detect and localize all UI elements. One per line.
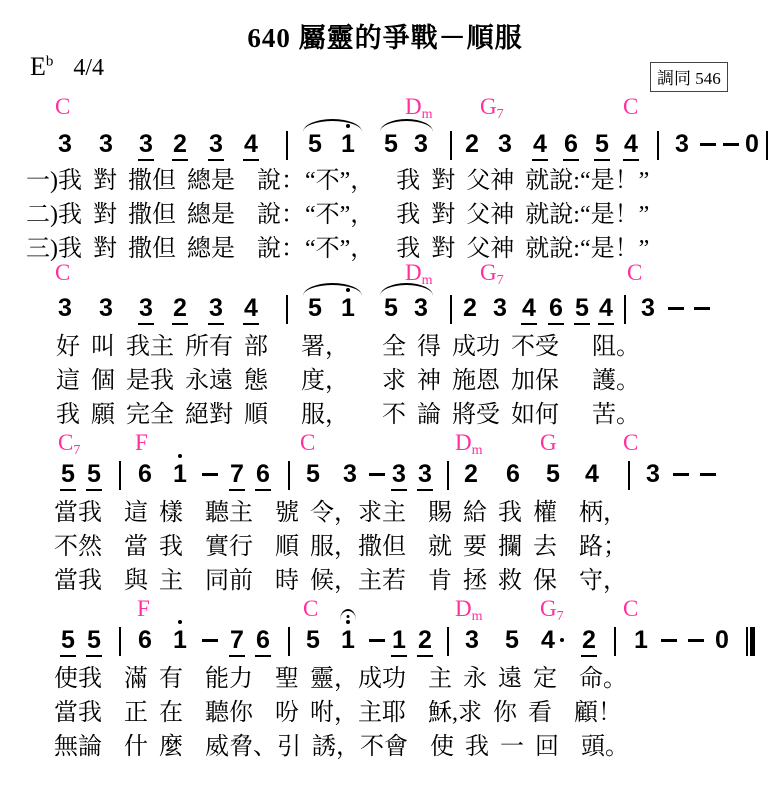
- note-number: 2: [172, 130, 188, 161]
- note-number: 3: [57, 294, 73, 322]
- chord-label: C: [55, 94, 70, 120]
- barline: [614, 627, 616, 656]
- chord-label: C: [623, 596, 638, 622]
- chord-label: Dm: [455, 596, 483, 625]
- chord-label: G7: [540, 596, 564, 625]
- note-number: 3: [342, 460, 358, 488]
- duration-dash: [688, 639, 704, 642]
- note-number: 5: [86, 626, 102, 657]
- note-number: 2: [172, 294, 188, 325]
- flat-symbol: b: [46, 53, 54, 69]
- duration-dash: [369, 639, 385, 642]
- note-number: 5: [305, 626, 321, 654]
- note-number: 4: [584, 460, 600, 488]
- lyric-line-verse3: 無論 什 麼 威脅、引 誘，不會 使 我 一 回 頭。: [54, 730, 629, 764]
- note-number: 5: [307, 294, 323, 322]
- note-number: 4: [598, 294, 614, 325]
- note-number: 1: [340, 626, 356, 654]
- lyrics-block: 使我 滿 有 能力 聖 靈，成功 主 永 遠 定 命。 當我 正 在 聽你 吩 …: [54, 662, 629, 764]
- chord-label: C: [303, 596, 318, 622]
- note-number: 3: [208, 130, 224, 161]
- note-number: 3: [645, 460, 661, 488]
- note-number: 2: [462, 294, 478, 322]
- lyrics-block: 當我 這 樣 聽主 號 令，求主 賜 給 我 權 柄， 不然 當 我 實行 順 …: [54, 496, 627, 598]
- note-number: 6: [255, 460, 271, 491]
- barline: [447, 627, 449, 656]
- lyric-line-verse1: 使我 滿 有 能力 聖 靈，成功 主 永 遠 定 命。: [54, 662, 629, 696]
- note-number: 6: [137, 626, 153, 654]
- chord-label: G: [540, 430, 557, 456]
- key-signature: Eb4/4: [30, 52, 104, 82]
- chord-label: Dm: [455, 430, 483, 459]
- note-number: 3: [208, 294, 224, 325]
- final-barline: [746, 627, 748, 656]
- fermata-dot: [347, 615, 350, 618]
- note-number: 0: [744, 130, 760, 158]
- tune-reference-box: 調同 546: [650, 62, 728, 92]
- lyric-line-verse2: 這 個 是我 永遠 態 度， 求 神 施恩 加保 護。: [56, 364, 640, 398]
- note-number: 6: [137, 460, 153, 488]
- lyric-line-verse1: 好 叫 我主 所有 部 署， 全 得 成功 不受 阻。: [56, 330, 640, 364]
- barline: [447, 461, 449, 490]
- note-number: 5: [383, 294, 399, 322]
- note-number: 5: [504, 626, 520, 654]
- barline: [119, 461, 121, 490]
- note-number: 3: [417, 460, 433, 491]
- note-number: 1: [633, 626, 649, 654]
- barline: [628, 461, 630, 490]
- note-number: 7: [229, 626, 245, 657]
- chord-row: FCDmG7C: [0, 596, 770, 626]
- barline: [288, 627, 290, 656]
- note-number: 5: [86, 460, 102, 491]
- note-number: 3: [497, 130, 513, 158]
- note-number: 6: [505, 460, 521, 488]
- octave-dot: [178, 454, 182, 458]
- note-number: 2: [581, 626, 597, 657]
- octave-dot: [346, 124, 350, 128]
- note-number: 5: [305, 460, 321, 488]
- note-number: 3: [492, 294, 508, 322]
- note-number: 1: [340, 294, 356, 322]
- chord-row: CDmG7C: [0, 260, 770, 290]
- note-number: 3: [674, 130, 690, 158]
- lyric-line-verse3: 我 願 完全 絕對 順 服， 不 論 將受 如何 苦。: [56, 398, 640, 432]
- augmentation-dot: [560, 638, 564, 642]
- chord-row: C7FCDmGC: [0, 430, 770, 460]
- note-number: 3: [391, 460, 407, 491]
- duration-dash: [694, 307, 710, 310]
- note-number: 1: [172, 460, 188, 488]
- note-number: 3: [640, 294, 656, 322]
- note-number: 3: [138, 130, 154, 161]
- chord-label: C: [627, 260, 642, 286]
- note-number: 6: [563, 130, 579, 161]
- lyrics-block: 一)我 對 撒但 總是 說：“不”， 我 對 父神 就說:“是！” 二)我 對 …: [26, 164, 649, 266]
- chord-label: C: [300, 430, 315, 456]
- sheet-music-page: 640 屬靈的爭戰－順服 Eb4/4 調同 546 CDmG7C 3332345…: [0, 0, 770, 789]
- barline: [624, 295, 626, 324]
- note-row: 5561765112354210: [0, 626, 770, 666]
- chord-label: G7: [480, 260, 504, 289]
- note-number: 3: [98, 130, 114, 158]
- note-number: 4: [521, 294, 537, 325]
- note-number: 1: [391, 626, 407, 657]
- note-number: 4: [243, 130, 259, 161]
- note-row: 33323451532346543: [0, 294, 770, 334]
- barline: [286, 295, 288, 324]
- barline: [450, 131, 452, 160]
- note-number: 6: [255, 626, 271, 657]
- lyric-line-verse2: 二)我 對 撒但 總是 說：“不”， 我 對 父神 就說:“是！”: [26, 198, 649, 232]
- note-number: 4: [532, 130, 548, 161]
- chord-label: C: [55, 260, 70, 286]
- duration-dash: [723, 143, 739, 146]
- note-number: 5: [383, 130, 399, 158]
- note-number: 3: [464, 626, 480, 654]
- barline: [286, 131, 288, 160]
- hymn-title: 640 屬靈的爭戰－順服: [0, 16, 770, 55]
- lyric-line-verse1: 一)我 對 撒但 總是 說：“不”， 我 對 父神 就說:“是！”: [26, 164, 649, 198]
- lyric-line-verse2: 當我 正 在 聽你 吩 咐，主耶 穌,求 你 看 顧！: [54, 696, 629, 730]
- chord-label: C: [623, 94, 638, 120]
- note-number: 6: [548, 294, 564, 325]
- duration-dash: [673, 473, 689, 476]
- duration-dash: [668, 307, 684, 310]
- note-number: 3: [413, 294, 429, 322]
- lyrics-block: 好 叫 我主 所有 部 署， 全 得 成功 不受 阻。 這 個 是我 永遠 態 …: [56, 330, 640, 432]
- note-number: 2: [463, 460, 479, 488]
- duration-dash: [369, 473, 385, 476]
- note-number: 4: [540, 626, 556, 654]
- note-number: 7: [229, 460, 245, 491]
- barline: [657, 131, 659, 160]
- octave-dot: [178, 620, 182, 624]
- note-number: 5: [307, 130, 323, 158]
- chord-label: C7: [58, 430, 80, 459]
- duration-dash: [202, 639, 218, 642]
- note-number: 5: [594, 130, 610, 161]
- lyric-line-verse3: 當我 與 主 同前 時 候，主若 肯 拯 救 保 守，: [54, 564, 627, 598]
- barline: [450, 295, 452, 324]
- note-number: 0: [714, 626, 730, 654]
- key-letter: E: [30, 52, 46, 81]
- note-number: 5: [60, 626, 76, 657]
- note-number: 2: [417, 626, 433, 657]
- note-number: 4: [243, 294, 259, 325]
- chord-row: CDmG7C: [0, 94, 770, 124]
- note-number: 1: [340, 130, 356, 158]
- barline: [766, 131, 768, 160]
- note-number: 5: [574, 294, 590, 325]
- note-number: 5: [60, 460, 76, 491]
- chord-label: C: [623, 430, 638, 456]
- note-number: 3: [138, 294, 154, 325]
- note-row: 556176533326543: [0, 460, 770, 500]
- note-number: 2: [464, 130, 480, 158]
- duration-dash: [202, 473, 218, 476]
- chord-label: F: [137, 596, 150, 622]
- chord-label: F: [135, 430, 148, 456]
- duration-dash: [661, 639, 677, 642]
- barline: [119, 627, 121, 656]
- note-number: 3: [57, 130, 73, 158]
- note-number: 3: [413, 130, 429, 158]
- note-number: 5: [545, 460, 561, 488]
- time-signature: 4/4: [73, 55, 104, 81]
- note-number: 4: [623, 130, 639, 161]
- lyric-line-verse2: 不然 當 我 實行 順 服，撒但 就 要 攔 去 路；: [54, 530, 627, 564]
- chord-label: G7: [480, 94, 504, 123]
- octave-dot: [346, 620, 350, 624]
- note-number: 3: [98, 294, 114, 322]
- duration-dash: [700, 473, 716, 476]
- note-number: 1: [172, 626, 188, 654]
- duration-dash: [700, 143, 716, 146]
- barline: [288, 461, 290, 490]
- octave-dot: [346, 288, 350, 292]
- lyric-line-verse1: 當我 這 樣 聽主 號 令，求主 賜 給 我 權 柄，: [54, 496, 627, 530]
